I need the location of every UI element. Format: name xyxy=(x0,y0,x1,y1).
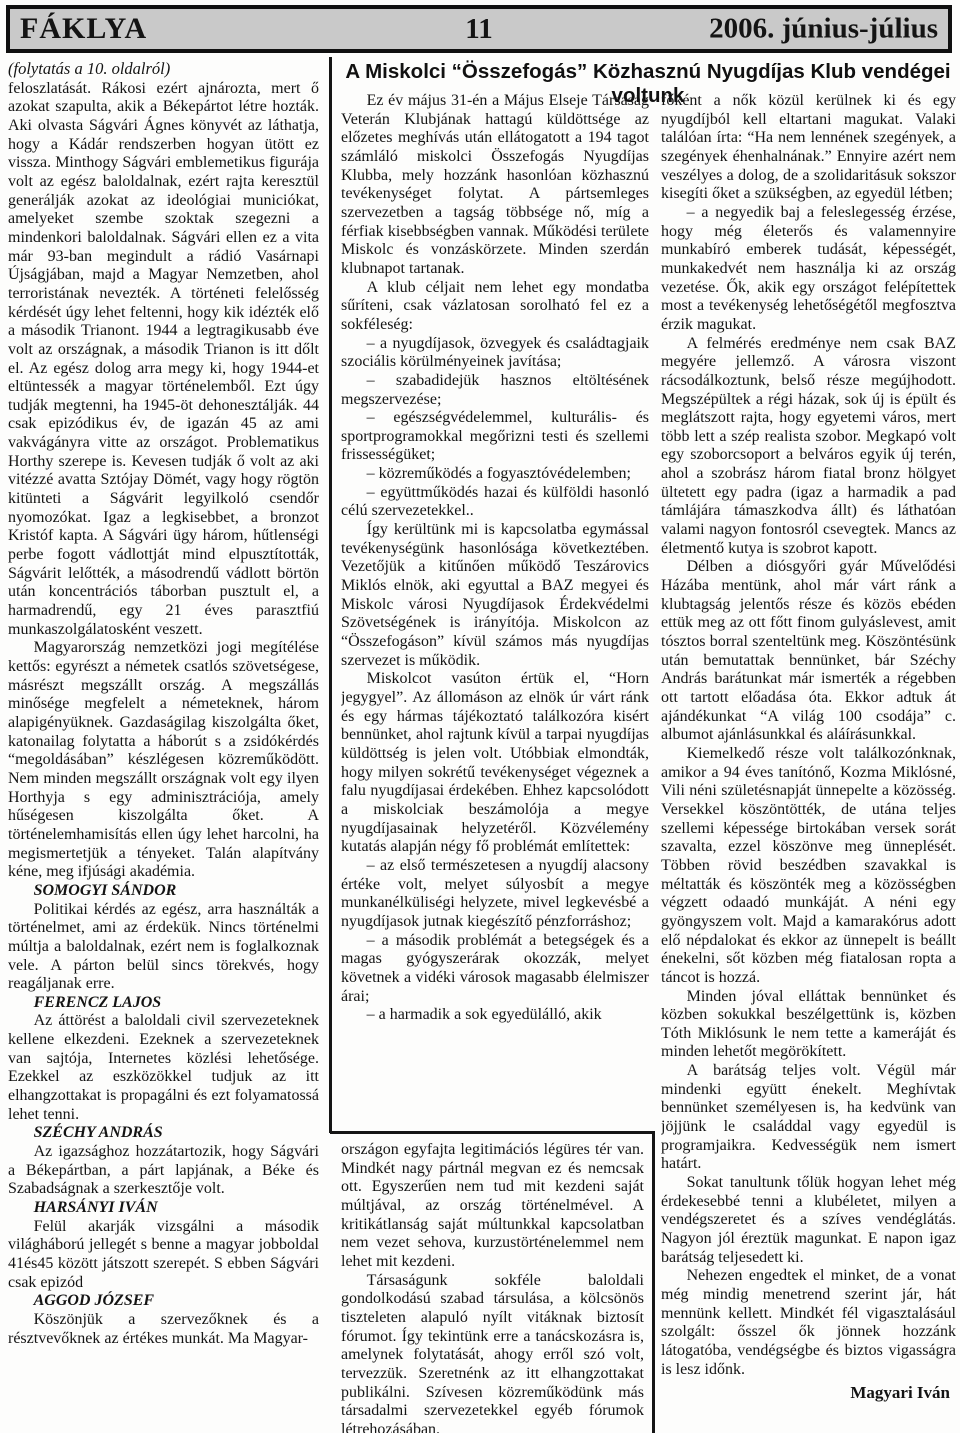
paragraph: Ez év május 31-én a Május Elseje Társasá… xyxy=(341,92,649,279)
list-item: – szabadidejük hasznos eltöltésének megs… xyxy=(341,372,649,409)
speaker-name: SOMOGYI SÁNDOR xyxy=(8,882,319,901)
paragraph: feloszlatását. Rákosi ezért ajnározta, m… xyxy=(8,80,319,640)
paragraph: Miskolcot vasúton értük el, “Horn jegygy… xyxy=(341,670,649,857)
speaker-name: SZÉCHY ANDRÁS xyxy=(8,1124,319,1143)
list-item: – a második problémát a betegségek és a … xyxy=(341,932,649,1007)
continuation-top-rule xyxy=(330,1131,655,1134)
paragraph: Magyarország nemzetközi jogi megítélése … xyxy=(8,639,319,882)
speaker-name: AGGOD JÓZSEF xyxy=(8,1292,319,1311)
paragraph: Kiemelkedő része volt találkozónknak, am… xyxy=(661,745,956,988)
middle-column: Ez év május 31-én a Május Elseje Társasá… xyxy=(341,92,649,1131)
left-column: (folytatás a 10. oldalról) feloszlatását… xyxy=(8,60,319,1433)
paragraph: Társaságunk sokféle baloldali gondolkodá… xyxy=(341,1272,644,1433)
paragraph: A barátság teljes volt. Végül már minden… xyxy=(661,1062,956,1174)
issue-date: 2006. június-július xyxy=(709,13,938,46)
paragraph: A klub céljait nem lehet egy mondatba sű… xyxy=(341,279,649,335)
continued-from-note: (folytatás a 10. oldalról) xyxy=(8,60,319,79)
paragraph: Minden jóval elláttak bennünket és közbe… xyxy=(661,988,956,1063)
list-item: – a nyugdíjasok, özvegyek és családtagja… xyxy=(341,335,649,372)
paragraph: A felmérés eredménye nem csak BAZ megyér… xyxy=(661,335,956,559)
right-column: főként a nők közül kerülnek ki és egy ny… xyxy=(661,92,956,1433)
list-item: – együttműködés hazai és külföldi hasonl… xyxy=(341,484,649,521)
paragraph: Délben a diósgyőri gyár Művelődési Házáb… xyxy=(661,558,956,745)
continuation-block: országon egyfajta legitimációs légüres t… xyxy=(341,1141,644,1433)
paragraph: országon egyfajta legitimációs légüres t… xyxy=(341,1141,644,1272)
list-item: – közreműködés a fogyasztóvédelemben; xyxy=(341,465,649,484)
speaker-name: FERENCZ LAJOS xyxy=(8,994,319,1013)
paragraph: Így kerültünk mi is kapcsolatba egymássa… xyxy=(341,521,649,670)
list-item: – a negyedik baj a feleslegesség érzése,… xyxy=(661,204,956,335)
masthead-banner: FÁKLYA 11 2006. június-július xyxy=(6,5,952,53)
mid-right-column-rule xyxy=(652,1131,655,1433)
paragraph: Sokat tanultunk tőlük hogyan lehet még é… xyxy=(661,1174,956,1267)
speaker-text: Az áttörést a baloldali civil szervezete… xyxy=(8,1012,319,1124)
speaker-name: HARSÁNYI IVÁN xyxy=(8,1199,319,1218)
speaker-text: Politikai kérdés az egész, arra használt… xyxy=(8,901,319,994)
speaker-text: Felül akarják vizsgálni a második világh… xyxy=(8,1218,319,1293)
paragraph: főként a nők közül kerülnek ki és egy ny… xyxy=(661,92,956,204)
speaker-text: Az igazsághoz hozzátartozik, hogy Ságvár… xyxy=(8,1143,319,1199)
paragraph: Nehezen engedtek el minket, de a vonat m… xyxy=(661,1267,956,1379)
list-item: – a harmadik a sok egyedülálló, akik xyxy=(341,1006,649,1025)
speaker-text: Köszönjük a szervezőknek és a résztvevők… xyxy=(8,1311,319,1348)
list-item: – egészségvédelemmel, kulturális- és spo… xyxy=(341,409,649,465)
list-item: – az első természetesen a nyugdíj alacso… xyxy=(341,857,649,932)
author-signature: Magyari Iván xyxy=(661,1384,956,1403)
left-mid-column-rule xyxy=(329,57,332,1133)
